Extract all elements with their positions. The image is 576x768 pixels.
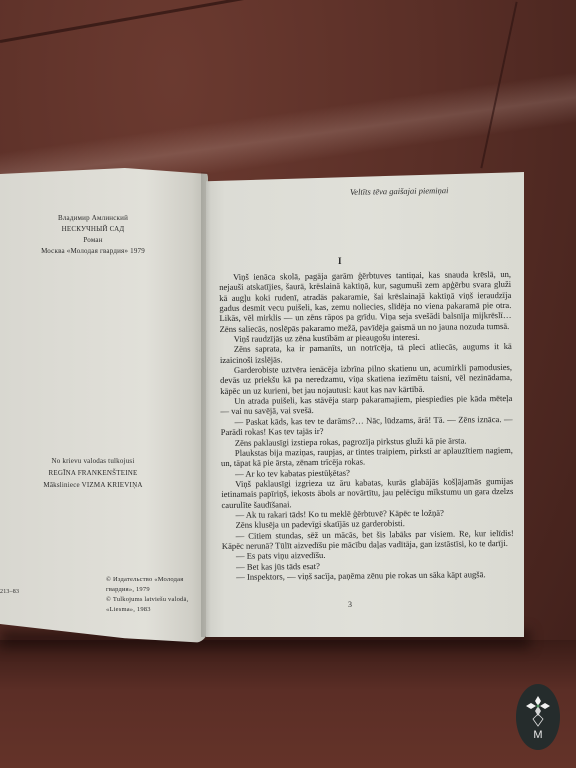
- paragraph: — Citiem stundas, sēž un mācās, bet šis …: [222, 528, 514, 552]
- watermark-logo: M: [516, 684, 560, 750]
- translator-label: No krievu valodas tulkojusi: [18, 455, 168, 467]
- paragraph: Viņš ienāca skolā, pagāja garām ģērbtuve…: [219, 269, 512, 334]
- body-text: Viņš ienāca skolā, pagāja garām ģērbtuve…: [219, 269, 514, 582]
- author-name: Владимир Амлинский: [18, 213, 168, 224]
- svg-text:M: M: [533, 729, 542, 741]
- diamond-flower-monogram-icon: M: [522, 692, 554, 742]
- genre: Роман: [18, 235, 168, 246]
- paragraph: Garderobiste uztvēra ienācēja izbrīna pi…: [220, 362, 512, 396]
- copyright-block: © Издательство «Молодая гвардия», 1979 ©…: [106, 575, 206, 615]
- original-publisher: Москва «Молодая гвардия» 1979: [18, 246, 168, 257]
- dedication: Veltīts tēva gaišajai piemiņai: [350, 185, 449, 197]
- chapter-number: I: [338, 256, 342, 266]
- illustrator: Māksliniece VIZMA KRIEVIŅA: [18, 479, 168, 491]
- copyright-original: © Издательство «Молодая гвардия», 1979: [106, 575, 206, 595]
- credits-block: No krievu valodas tulkojusi REGĪNA FRANK…: [18, 455, 168, 491]
- catalog-code: 213–83: [0, 589, 19, 595]
- wooden-surface: [0, 640, 576, 768]
- wood-crack: [480, 2, 517, 169]
- page-number: 3: [348, 600, 352, 609]
- translator-name: REGĪNA FRANKENŠTEINE: [18, 467, 168, 479]
- wood-crack: [0, 0, 414, 43]
- paragraph: Viņš paklausīgi izgrieza uz āru kabatas,…: [221, 476, 513, 510]
- original-title: НЕСКУЧНЫЙ САД: [18, 224, 168, 235]
- book-gutter: [201, 172, 211, 637]
- title-block: Владимир Амлинский НЕСКУЧНЫЙ САД Роман М…: [18, 213, 168, 257]
- copyright-translation: © Tulkojums latviešu valodā, «Liesma», 1…: [106, 595, 206, 615]
